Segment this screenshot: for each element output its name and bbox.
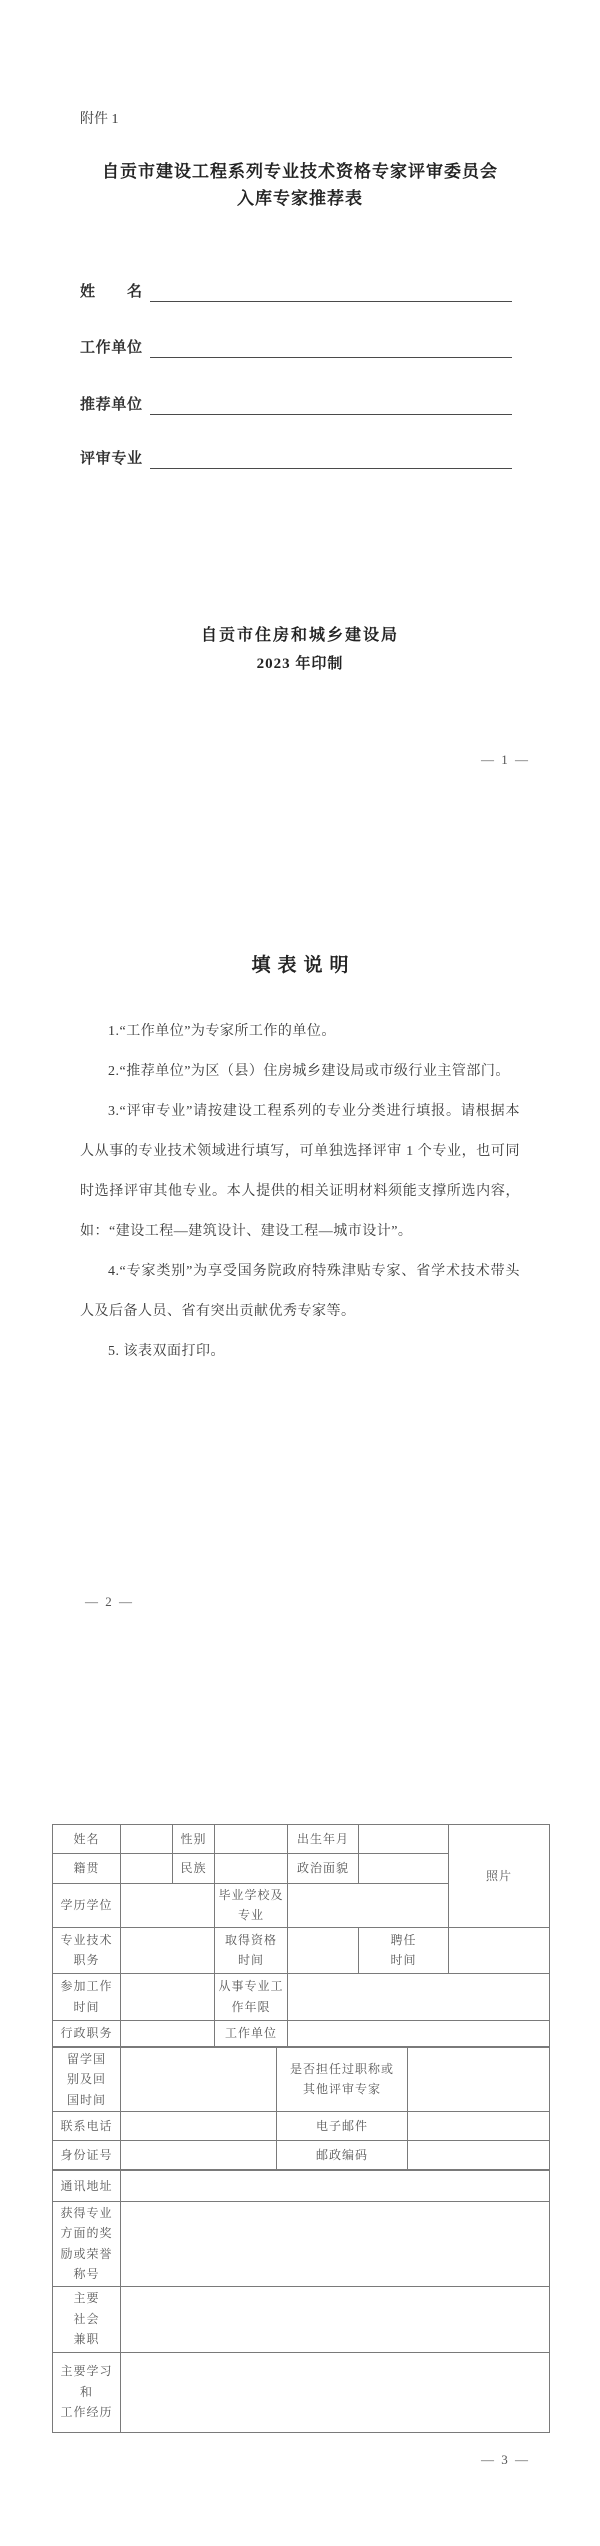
table-row: 通讯地址 xyxy=(53,2170,550,2201)
political-status-value-cell xyxy=(359,1854,449,1884)
recommending-unit-field-line xyxy=(150,392,512,415)
name-label-cell: 姓名 xyxy=(53,1825,121,1854)
qualification-date-label-cell: 取得资格 时间 xyxy=(215,1927,288,1973)
instruction-item-3: 3.“评审专业”请按建设工程系列的专业分类进行填报。请根据本人从事的专业技术领域… xyxy=(80,1092,520,1252)
education-degree-label-cell: 学历学位 xyxy=(53,1884,121,1928)
postal-code-label-cell: 邮政编码 xyxy=(277,2140,408,2169)
document-title-line1: 自贡市建设工程系列专业技术资格专家评审委员会 xyxy=(0,158,600,185)
email-value-cell xyxy=(408,2111,550,2140)
professional-years-label-cell: 从事专业工 作年限 xyxy=(215,1973,288,2020)
table-row: 身份证号邮政编码 xyxy=(53,2140,550,2169)
instruction-item-1: 1.“工作单位”为专家所工作的单位。 xyxy=(80,1012,520,1052)
print-year: 2023 年印制 xyxy=(0,652,600,673)
table-row: 姓名性别出生年月照片 xyxy=(53,1825,550,1854)
phone-value-cell xyxy=(121,2111,277,2140)
work-start-date-label-cell: 参加工作 时间 xyxy=(53,1973,121,2020)
postal-code-value-cell xyxy=(408,2140,550,2169)
awards-value-cell xyxy=(121,2201,550,2286)
awards-label-cell: 获得专业 方面的奖 励或荣誉 称号 xyxy=(53,2201,121,2286)
page-number-1: — 1 — xyxy=(481,752,530,768)
professional-title-label-cell: 专业技术 职务 xyxy=(53,1927,121,1973)
study-work-history-value-cell xyxy=(121,2352,550,2432)
ethnicity-label-cell: 民族 xyxy=(173,1854,215,1884)
phone-label-cell: 联系电话 xyxy=(53,2111,121,2140)
social-posts-value-cell xyxy=(121,2286,550,2352)
name-value-cell xyxy=(121,1825,173,1854)
work-unit-field-line xyxy=(150,335,512,358)
recommending-unit-field-row: 推荐单位 xyxy=(80,389,512,415)
expert-info-table-middle: 留学国 别及回 国时间是否担任过职称或 其他评审专家联系电话电子邮件身份证号邮政… xyxy=(52,2047,549,2170)
table-row: 留学国 别及回 国时间是否担任过职称或 其他评审专家 xyxy=(53,2047,550,2111)
gender-value-cell xyxy=(215,1825,288,1854)
mailing-address-value-cell xyxy=(121,2170,550,2201)
gender-label-cell: 性别 xyxy=(173,1825,215,1854)
political-status-label-cell: 政治面貌 xyxy=(288,1854,359,1884)
work-unit-label-cell: 工作单位 xyxy=(215,2020,288,2046)
qualification-date-value-cell xyxy=(288,1927,359,1973)
publisher-name: 自贡市住房和城乡建设局 xyxy=(0,622,600,645)
table-row: 专业技术 职务取得资格 时间聘任 时间 xyxy=(53,1927,550,1973)
work-unit-field-label: 工作单位 xyxy=(80,338,142,358)
study-abroad-label-cell: 留学国 别及回 国时间 xyxy=(53,2047,121,2111)
attachment-label: 附件 1 xyxy=(80,108,119,128)
name-field-label: 姓名 xyxy=(80,282,142,302)
page-number-2: — 2 — xyxy=(85,1594,134,1610)
email-label-cell: 电子邮件 xyxy=(277,2111,408,2140)
mailing-address-label-cell: 通讯地址 xyxy=(53,2170,121,2201)
review-specialty-field-label: 评审专业 xyxy=(80,449,142,469)
professional-years-value-cell xyxy=(288,1973,550,2020)
education-degree-value-cell xyxy=(121,1884,215,1928)
instructions-body: 1.“工作单位”为专家所工作的单位。 2.“推荐单位”为区（县）住房城乡建设局或… xyxy=(80,1012,520,1372)
work-unit-value-cell xyxy=(288,2020,550,2046)
administrative-post-value-cell xyxy=(121,2020,215,2046)
expert-info-table-bottom: 通讯地址获得专业 方面的奖 励或荣誉 称号主要 社会 兼职主要学习和 工作经历 xyxy=(52,2170,549,2433)
recommending-unit-field-label: 推荐单位 xyxy=(80,395,142,415)
appointment-date-label-cell: 聘任 时间 xyxy=(359,1927,449,1973)
table-row: 行政职务工作单位 xyxy=(53,2020,550,2046)
social-posts-label-cell: 主要 社会 兼职 xyxy=(53,2286,121,2352)
native-place-value-cell xyxy=(121,1854,173,1884)
page-number-3: — 3 — xyxy=(481,2452,530,2468)
form-table: 通讯地址获得专业 方面的奖 励或荣誉 称号主要 社会 兼职主要学习和 工作经历 xyxy=(52,2170,550,2433)
document-title: 自贡市建设工程系列专业技术资格专家评审委员会 入库专家推荐表 xyxy=(0,158,600,212)
table-row: 主要学习和 工作经历 xyxy=(53,2352,550,2432)
table-row: 获得专业 方面的奖 励或荣誉 称号 xyxy=(53,2201,550,2286)
instruction-item-2: 2.“推荐单位”为区（县）住房城乡建设局或市级行业主管部门。 xyxy=(80,1052,520,1092)
form-table: 姓名性别出生年月照片籍贯民族政治面貌学历学位毕业学校及 专业专业技术 职务取得资… xyxy=(52,1824,550,2047)
document-page: 附件 1 自贡市建设工程系列专业技术资格专家评审委员会 入库专家推荐表 姓名 工… xyxy=(0,0,600,2546)
work-unit-field-row: 工作单位 xyxy=(80,332,512,358)
work-start-date-value-cell xyxy=(121,1973,215,2020)
table-row: 联系电话电子邮件 xyxy=(53,2111,550,2140)
name-field-line xyxy=(150,279,512,302)
birthdate-value-cell xyxy=(359,1825,449,1854)
document-title-line2: 入库专家推荐表 xyxy=(0,185,600,212)
administrative-post-label-cell: 行政职务 xyxy=(53,2020,121,2046)
table-row: 主要 社会 兼职 xyxy=(53,2286,550,2352)
instructions-heading: 填表说明 xyxy=(0,950,600,977)
table-row: 参加工作 时间从事专业工 作年限 xyxy=(53,1973,550,2020)
review-specialty-field-row: 评审专业 xyxy=(80,443,512,469)
study-work-history-label-cell: 主要学习和 工作经历 xyxy=(53,2352,121,2432)
prior-expert-value-cell xyxy=(408,2047,550,2111)
expert-info-form: 姓名性别出生年月照片籍贯民族政治面貌学历学位毕业学校及 专业专业技术 职务取得资… xyxy=(52,1824,549,2433)
professional-title-value-cell xyxy=(121,1927,215,1973)
appointment-date-value-cell xyxy=(449,1927,550,1973)
graduate-school-label-cell: 毕业学校及 专业 xyxy=(215,1884,288,1928)
birthdate-label-cell: 出生年月 xyxy=(288,1825,359,1854)
ethnicity-value-cell xyxy=(215,1854,288,1884)
prior-expert-label-cell: 是否担任过职称或 其他评审专家 xyxy=(277,2047,408,2111)
review-specialty-field-line xyxy=(150,446,512,469)
study-abroad-value-cell xyxy=(121,2047,277,2111)
graduate-school-value-cell xyxy=(288,1884,449,1928)
instruction-item-5: 5. 该表双面打印。 xyxy=(80,1332,520,1372)
instruction-item-4: 4.“专家类别”为享受国务院政府特殊津贴专家、省学术技术带头人及后备人员、省有突… xyxy=(80,1252,520,1332)
id-number-value-cell xyxy=(121,2140,277,2169)
name-field-row: 姓名 xyxy=(80,276,512,302)
id-number-label-cell: 身份证号 xyxy=(53,2140,121,2169)
native-place-label-cell: 籍贯 xyxy=(53,1854,121,1884)
photo-cell: 照片 xyxy=(449,1825,550,1928)
form-table: 留学国 别及回 国时间是否担任过职称或 其他评审专家联系电话电子邮件身份证号邮政… xyxy=(52,2047,550,2170)
expert-info-table-top: 姓名性别出生年月照片籍贯民族政治面貌学历学位毕业学校及 专业专业技术 职务取得资… xyxy=(52,1824,549,2047)
